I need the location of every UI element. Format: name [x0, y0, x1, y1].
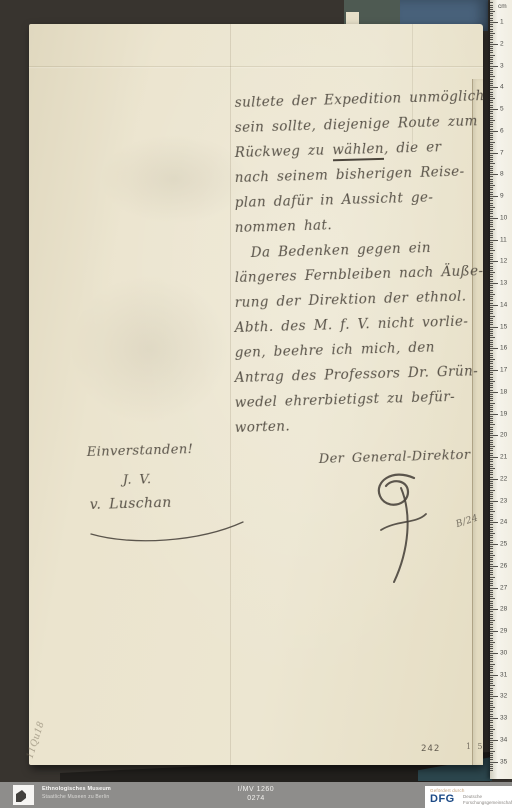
- ruler-tick: [490, 424, 495, 425]
- ruler-tick: [490, 331, 493, 332]
- ruler-tick: [490, 76, 495, 77]
- ruler-tick: [490, 579, 493, 580]
- ruler-tick: [490, 26, 493, 27]
- ruler-number: 35: [500, 758, 507, 765]
- ruler-number: 30: [500, 649, 507, 656]
- ruler-tick: [490, 514, 493, 515]
- ruler-tick: [490, 59, 493, 60]
- ruler-tick: [490, 126, 493, 127]
- ruler-tick: [490, 366, 493, 367]
- ruler-tick: [490, 44, 498, 45]
- ruler-tick: [490, 155, 493, 156]
- ruler-tick: [490, 405, 493, 406]
- ruler-tick: [490, 420, 493, 421]
- ruler-number: 28: [500, 606, 507, 613]
- ruler-tick: [490, 263, 493, 264]
- ruler-tick: [490, 544, 498, 545]
- ruler-tick: [490, 531, 493, 532]
- ruler-tick: [490, 220, 493, 221]
- dfg-funding-logo: Gefördert durch DFG Deutsche Forschungsg…: [425, 786, 512, 808]
- ruler-tick: [490, 603, 493, 604]
- corner-pencil-note: 11Qu18: [25, 720, 46, 760]
- ruler-tick: [490, 624, 493, 625]
- ruler-tick: [490, 168, 493, 169]
- ruler-tick: [490, 709, 493, 710]
- ruler-tick: [490, 742, 493, 743]
- ruler-tick: [490, 122, 493, 123]
- ruler-tick: [490, 290, 493, 291]
- ruler-number: 12: [500, 258, 507, 265]
- ruler-tick: [490, 607, 493, 608]
- ruler-tick: [490, 762, 498, 763]
- ruler-tick: [490, 675, 498, 676]
- ruler-tick: [490, 546, 493, 547]
- ruler-tick: [490, 688, 493, 689]
- ruler-tick: [490, 350, 493, 351]
- ruler-tick: [490, 170, 493, 171]
- ruler-tick: [490, 153, 498, 154]
- ruler-tick: [490, 129, 493, 130]
- ruler-tick: [490, 307, 493, 308]
- ruler-tick: [490, 740, 498, 741]
- ruler-tick: [490, 300, 493, 301]
- ruler-tick: [490, 37, 493, 38]
- ruler-number: 8: [500, 171, 504, 178]
- ruler-tick: [490, 429, 493, 430]
- ruler-tick: [490, 690, 493, 691]
- ruler-tick: [490, 142, 495, 143]
- handwritten-line: worten.: [235, 418, 291, 436]
- ruler-number: 18: [500, 388, 507, 395]
- ruler-tick: [490, 105, 493, 106]
- ruler-tick: [490, 200, 493, 201]
- ruler-tick: [490, 179, 493, 180]
- ruler-tick: [490, 474, 493, 475]
- ruler-tick: [490, 390, 493, 391]
- ruler-tick: [490, 529, 493, 530]
- ruler-tick: [490, 257, 493, 258]
- ruler-tick: [490, 533, 495, 534]
- ruler-tick: [490, 29, 493, 30]
- ruler-number: 27: [500, 584, 507, 591]
- ruler-tick: [490, 744, 493, 745]
- approval-signature: v. Luschan: [90, 495, 172, 513]
- ruler-tick: [490, 9, 493, 10]
- ruler-tick: [490, 281, 493, 282]
- ruler-tick: [490, 276, 493, 277]
- ruler-tick: [490, 363, 493, 364]
- ruler-number: 1: [500, 19, 504, 26]
- ruler-tick: [490, 189, 493, 190]
- ruler-number: 32: [500, 693, 507, 700]
- ruler-tick: [490, 685, 495, 686]
- ruler-tick: [490, 172, 493, 173]
- letter-page: sultete der Expedition unmöglichsein sol…: [29, 24, 483, 765]
- ruler-tick: [490, 616, 493, 617]
- ruler-tick: [490, 85, 493, 86]
- second-leaf-edge: [472, 79, 483, 765]
- ruler-tick: [490, 272, 495, 273]
- ruler-tick: [490, 446, 495, 447]
- ruler-tick: [490, 235, 493, 236]
- ruler-tick: [490, 629, 493, 630]
- ink-bleedthrough: [99, 134, 249, 224]
- ruler-tick: [490, 590, 493, 591]
- ruler-tick: [490, 55, 495, 56]
- ruler-tick: [490, 166, 493, 167]
- ruler-tick: [490, 757, 493, 758]
- ruler-tick: [490, 614, 493, 615]
- ruler-tick: [490, 670, 493, 671]
- ruler-tick: [490, 457, 498, 458]
- ruler-tick: [490, 640, 493, 641]
- ruler-tick: [490, 611, 493, 612]
- ruler-number: 7: [500, 149, 504, 156]
- ruler-tick: [490, 374, 493, 375]
- ruler-tick: [490, 83, 493, 84]
- ruler-tick: [490, 729, 495, 730]
- ruler-tick: [490, 322, 493, 323]
- ruler-number: 31: [500, 671, 507, 678]
- ruler-tick: [490, 759, 493, 760]
- ruler-tick: [490, 414, 498, 415]
- ruler-tick: [490, 646, 493, 647]
- ruler-tick: [490, 100, 493, 101]
- ruler-tick: [490, 448, 493, 449]
- ruler-number: 6: [500, 127, 504, 134]
- ruler-tick: [490, 163, 495, 164]
- ruler-tick: [490, 274, 493, 275]
- ruler-tick: [490, 418, 493, 419]
- ruler-tick: [490, 157, 493, 158]
- ruler-tick: [490, 316, 495, 317]
- ruler-tick: [490, 657, 493, 658]
- ruler-tick: [490, 250, 495, 251]
- ruler-tick: [490, 270, 493, 271]
- ruler-tick: [490, 716, 493, 717]
- ruler-tick: [490, 259, 493, 260]
- ruler-tick: [490, 146, 493, 147]
- ruler-tick: [490, 577, 495, 578]
- ruler-tick: [490, 622, 493, 623]
- ruler-tick: [490, 203, 493, 204]
- ruler-tick: [490, 692, 493, 693]
- ruler-tick: [490, 605, 493, 606]
- ruler-tick: [490, 553, 493, 554]
- ruler-tick: [490, 701, 493, 702]
- ruler-tick: [490, 79, 493, 80]
- ruler-tick: [490, 479, 498, 480]
- ruler-tick: [490, 520, 493, 521]
- ruler-tick: [490, 411, 493, 412]
- ruler-number: 17: [500, 367, 507, 374]
- ruler-tick: [490, 442, 493, 443]
- underlined-word: wählen: [332, 141, 384, 161]
- ruler-tick: [490, 768, 493, 769]
- dfg-logo-text: DFG: [430, 793, 455, 805]
- ruler-tick: [490, 35, 493, 36]
- ruler-tick: [490, 198, 493, 199]
- ruler-tick: [490, 635, 493, 636]
- ruler-tick: [490, 494, 493, 495]
- handwritten-line: wedel ehrerbietigst zu befür-: [235, 389, 456, 411]
- handwritten-line: sein sollte, diejenige Route zum: [235, 113, 478, 136]
- ruler-tick: [490, 161, 493, 162]
- ruler-tick: [490, 581, 493, 582]
- ruler-tick: [490, 672, 493, 673]
- ruler-tick: [490, 185, 495, 186]
- ruler-tick: [490, 335, 493, 336]
- ruler-tick: [490, 113, 493, 114]
- handwritten-line: nach seinem bisherigen Reise-: [235, 164, 465, 186]
- ruler-tick: [490, 555, 495, 556]
- ruler-tick: [490, 213, 493, 214]
- folio-number: 242: [421, 744, 440, 754]
- ruler-number: 16: [500, 345, 507, 352]
- ruler-tick: [490, 698, 493, 699]
- ruler-tick: [490, 226, 493, 227]
- ruler-tick: [490, 505, 493, 506]
- ruler-tick: [490, 320, 493, 321]
- ruler-tick: [490, 261, 498, 262]
- ruler-tick: [490, 566, 498, 567]
- ruler-tick: [490, 570, 493, 571]
- handwritten-line: gen, beehre ich mich, den: [235, 339, 435, 361]
- ruler-tick: [490, 731, 493, 732]
- ruler-tick: [490, 253, 493, 254]
- ruler-tick: [490, 683, 493, 684]
- ruler-tick: [490, 464, 493, 465]
- ruler-tick: [490, 18, 493, 19]
- director-signature-paraph: [354, 470, 444, 585]
- ink-bleedthrough: [69, 274, 229, 424]
- ruler-tick: [490, 324, 493, 325]
- ruler-tick: [490, 483, 493, 484]
- ruler-tick: [490, 642, 495, 643]
- ruler-tick: [490, 174, 498, 175]
- ruler-tick: [490, 222, 493, 223]
- ruler-tick: [490, 348, 498, 349]
- ruler-tick: [490, 444, 493, 445]
- ruler-number: 13: [500, 280, 507, 287]
- ruler-tick: [490, 359, 495, 360]
- ruler-tick: [490, 61, 493, 62]
- ruler-tick: [490, 559, 493, 560]
- ruler-tick: [490, 733, 493, 734]
- ruler-number: 2: [500, 40, 504, 47]
- ruler-tick: [490, 755, 493, 756]
- signature-flourish: [87, 518, 249, 546]
- ruler-tick: [490, 70, 493, 71]
- ruler-tick: [490, 353, 493, 354]
- ruler-tick: [490, 392, 498, 393]
- ruler-tick: [490, 303, 493, 304]
- ruler-tick: [490, 244, 493, 245]
- ruler-number: 26: [500, 562, 507, 569]
- ruler-tick: [490, 283, 498, 284]
- ruler-tick: [490, 548, 493, 549]
- handwritten-line: rung der Direktion der ethnol.: [235, 289, 467, 311]
- ruler-tick: [490, 342, 493, 343]
- ruler-tick: [490, 52, 493, 53]
- ruler-tick: [490, 57, 493, 58]
- ruler-tick: [490, 470, 493, 471]
- ruler-tick: [490, 313, 493, 314]
- ruler-tick: [490, 296, 493, 297]
- ruler-number: 34: [500, 736, 507, 743]
- ruler-tick: [490, 109, 498, 110]
- ruler-tick: [490, 481, 493, 482]
- ruler-tick: [490, 435, 498, 436]
- ruler-tick: [490, 144, 493, 145]
- ruler-tick: [490, 120, 495, 121]
- ruler-tick: [490, 218, 498, 219]
- ruler-tick: [490, 340, 493, 341]
- handwritten-line: Antrag des Professors Dr. Grün-: [235, 363, 479, 386]
- ruler-tick: [490, 490, 495, 491]
- ruler-tick: [490, 246, 493, 247]
- ruler-tick: [490, 46, 493, 47]
- ruler-tick: [490, 620, 495, 621]
- dfg-full-name: Deutsche Forschungsgemeinschaft: [463, 794, 512, 806]
- ruler-tick: [490, 294, 495, 295]
- ruler-tick: [490, 653, 498, 654]
- ruler-number: 23: [500, 497, 507, 504]
- ruler-tick: [490, 535, 493, 536]
- ruler-tick: [490, 22, 498, 23]
- ruler-tick: [490, 679, 493, 680]
- ruler-tick: [490, 268, 493, 269]
- handwritten-line: Rückweg zu wählen, die er: [235, 139, 442, 161]
- ruler-tick: [490, 357, 493, 358]
- ruler-tick: [490, 383, 493, 384]
- ruler-tick: [490, 459, 493, 460]
- ruler-tick: [490, 396, 493, 397]
- ruler-tick: [490, 298, 493, 299]
- ruler-tick: [490, 311, 493, 312]
- footer-bar: Ethnologisches Museum Staatliche Museen …: [0, 782, 512, 808]
- ruler-tick: [490, 722, 493, 723]
- ruler-tick: [490, 696, 498, 697]
- ruler-tick: [490, 48, 493, 49]
- ruler-tick: [490, 594, 493, 595]
- ruler-tick: [490, 403, 495, 404]
- ruler-tick: [490, 516, 493, 517]
- ruler-tick: [490, 266, 493, 267]
- ruler-tick: [490, 501, 498, 502]
- measuring-ruler: cm 1234567891011121314151617181920212223…: [490, 0, 512, 779]
- ruler-tick: [490, 503, 493, 504]
- ruler-tick: [490, 118, 493, 119]
- ruler-tick: [490, 237, 493, 238]
- ruler-tick: [490, 292, 493, 293]
- ruler-number: 29: [500, 628, 507, 635]
- document-scan: sultete der Expedition unmöglichsein sol…: [0, 0, 512, 808]
- approval-initials: J. V.: [123, 472, 152, 488]
- ruler-tick: [490, 574, 493, 575]
- ruler-tick: [490, 711, 493, 712]
- ruler-number: 11: [500, 236, 507, 243]
- ruler-number: 15: [500, 323, 507, 330]
- ruler-tick: [490, 437, 493, 438]
- ruler-tick: [490, 585, 493, 586]
- ruler-number: 14: [500, 301, 507, 308]
- ruler-tick: [490, 725, 493, 726]
- approval-note: Einverstanden!: [87, 442, 194, 460]
- ruler-number: 22: [500, 475, 507, 482]
- ruler-tick: [490, 233, 493, 234]
- ruler-tick: [490, 368, 493, 369]
- ruler-tick: [490, 568, 493, 569]
- ruler-tick: [490, 63, 493, 64]
- ruler-tick: [490, 661, 493, 662]
- ruler-tick: [490, 648, 493, 649]
- ruler-tick: [490, 205, 493, 206]
- ruler-tick: [490, 627, 493, 628]
- ruler-tick: [490, 13, 493, 14]
- ruler-tick: [490, 94, 493, 95]
- ruler-tick: [490, 668, 493, 669]
- ruler-tick: [490, 124, 493, 125]
- ruler-tick: [490, 68, 493, 69]
- ruler-tick: [490, 609, 498, 610]
- ruler-tick: [490, 176, 493, 177]
- ruler-tick: [490, 394, 493, 395]
- ruler-tick: [490, 588, 498, 589]
- ruler-tick: [490, 527, 493, 528]
- edge-fragment: 1 5: [466, 742, 483, 751]
- ruler-tick: [490, 355, 493, 356]
- fold-crease-horizontal: [29, 66, 483, 67]
- ruler-tick: [490, 703, 493, 704]
- ruler-tick: [490, 601, 493, 602]
- ruler-tick: [490, 466, 493, 467]
- ruler-tick: [490, 631, 498, 632]
- ruler-tick: [490, 107, 493, 108]
- ruler-tick: [490, 572, 493, 573]
- ruler-tick: [490, 242, 493, 243]
- ruler-tick: [490, 714, 493, 715]
- ruler-tick: [490, 318, 493, 319]
- ruler-tick: [490, 666, 493, 667]
- ruler-tick: [490, 92, 493, 93]
- ruler-tick: [490, 344, 493, 345]
- ruler-tick: [490, 20, 493, 21]
- ruler-tick: [490, 50, 493, 51]
- ruler-tick: [490, 248, 493, 249]
- ruler-tick: [490, 231, 493, 232]
- ruler-unit-label: cm: [498, 3, 507, 10]
- ruler-tick: [490, 472, 493, 473]
- ruler-number: 5: [500, 106, 504, 113]
- ruler-tick: [490, 24, 493, 25]
- ruler-tick: [490, 31, 493, 32]
- ruler-tick: [490, 194, 493, 195]
- ruler-tick: [490, 707, 495, 708]
- ruler-tick: [490, 15, 493, 16]
- ruler-number: 21: [500, 454, 507, 461]
- ruler-tick: [490, 651, 493, 652]
- ruler-tick: [490, 477, 493, 478]
- ruler-tick: [490, 211, 493, 212]
- ruler-tick: [490, 2, 493, 3]
- ruler-number: 19: [500, 410, 507, 417]
- handwritten-line: plan dafür in Aussicht ge-: [235, 189, 434, 211]
- ruler-tick: [490, 181, 493, 182]
- ruler-tick: [490, 39, 493, 40]
- ruler-tick: [490, 192, 493, 193]
- ruler-tick: [490, 496, 493, 497]
